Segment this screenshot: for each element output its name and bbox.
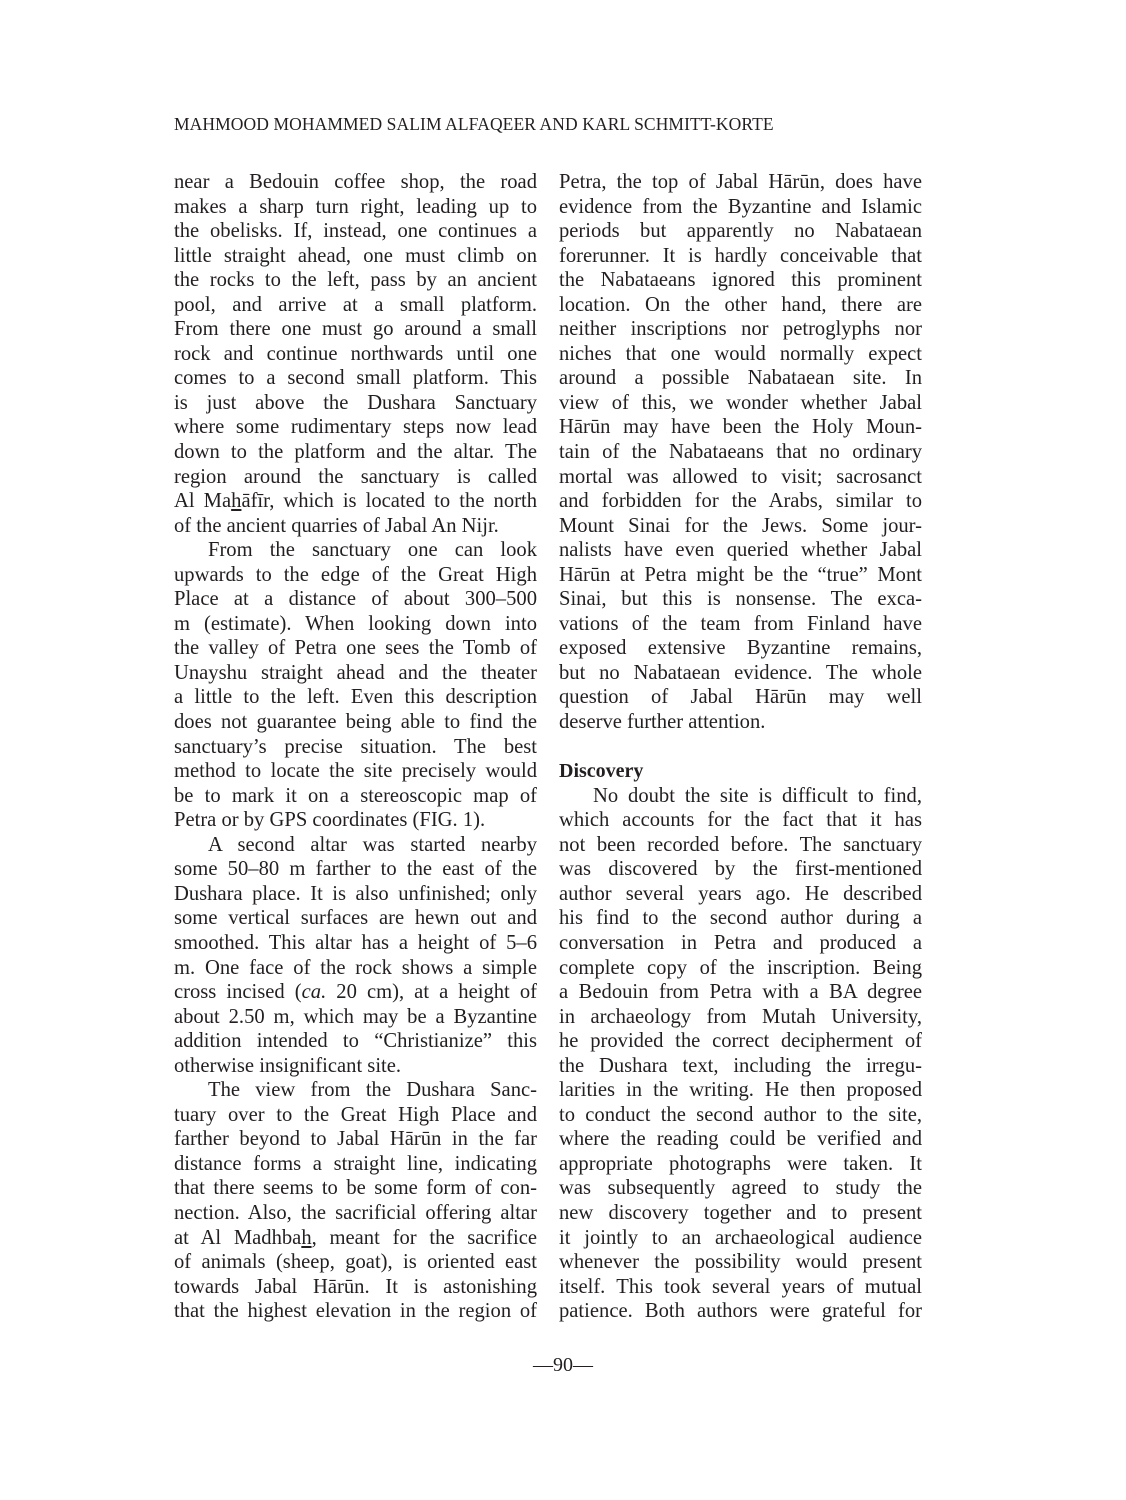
text-line: comes to a second small platform. This (174, 366, 537, 391)
text-line: farther beyond to Jabal Hārūn in the far (174, 1127, 537, 1152)
text-line: neither inscriptions nor petroglyphs nor (559, 317, 922, 342)
text-line: patience. Both authors were grateful for (559, 1299, 922, 1324)
text-line: Sinai, but this is nonsense. The exca- (559, 587, 922, 612)
text-line: m (estimate). When looking down into (174, 612, 537, 637)
text-line: author several years ago. He described (559, 882, 922, 907)
paragraph-start-line: The view from the Dushara Sanc- (174, 1078, 537, 1103)
text-line: rock and continue northwards until one (174, 342, 537, 367)
text-line: vations of the team from Finland have (559, 612, 922, 637)
text-line: Unayshu straight ahead and the theater (174, 661, 537, 686)
text-line-mahafir: Al Mahāfīr, which is located to the nort… (174, 489, 537, 514)
text-line: the valley of Petra one sees the Tomb of (174, 636, 537, 661)
text-line: view of this, we wonder whether Jabal (559, 391, 922, 416)
text-line: conversation in Petra and produced a (559, 931, 922, 956)
text-fragment: āfīr, which is located to the north (241, 490, 537, 512)
left-column: near a Bedouin coffee shop, the road mak… (174, 170, 537, 1324)
text-fragment: cross incised ( (174, 981, 302, 1003)
text-line-madhbah: at Al Madhbah, meant for the sacrifice (174, 1226, 537, 1251)
text-line: Petra, the top of Jabal Hārūn, does have (559, 170, 922, 195)
text-line: itself. This took several years of mutua… (559, 1275, 922, 1300)
text-line: of animals (sheep, goat), is oriented ea… (174, 1250, 537, 1275)
text-line: makes a sharp turn right, leading up to (174, 195, 537, 220)
text-line: complete copy of the inscription. Being (559, 956, 922, 981)
text-line: near a Bedouin coffee shop, the road (174, 170, 537, 195)
text-fragment: , meant for the sacrifice (312, 1227, 537, 1249)
text-line: to conduct the second author to the site… (559, 1103, 922, 1128)
running-head: MAHMOOD MOHAMMED SALIM ALFAQEER AND KARL… (174, 114, 834, 135)
text-line: appropriate photographs were taken. It (559, 1152, 922, 1177)
text-line: about 2.50 m, which may be a Byzantine (174, 1005, 537, 1030)
text-line: which accounts for the fact that it has (559, 808, 922, 833)
text-line: was subsequently agreed to study the (559, 1176, 922, 1201)
page-number: —90— (0, 1354, 1126, 1377)
text-line: that the highest elevation in the region… (174, 1299, 537, 1324)
text-line: where some rudimentary steps now lead (174, 415, 537, 440)
text-line: the Dushara text, including the irregu- (559, 1054, 922, 1079)
text-line: Hārūn at Petra might be the “true” Mont (559, 563, 922, 588)
text-line: distance forms a straight line, indicati… (174, 1152, 537, 1177)
right-column: Petra, the top of Jabal Hārūn, does have… (559, 170, 922, 1324)
text-line: that there seems to be some form of con- (174, 1176, 537, 1201)
text-line: does not guarantee being able to find th… (174, 710, 537, 735)
text-line: evidence from the Byzantine and Islamic (559, 195, 922, 220)
text-line: a little to the left. Even this descript… (174, 685, 537, 710)
text-line: little straight ahead, one must climb on (174, 244, 537, 269)
text-line: and forbidden for the Arabs, similar to (559, 489, 922, 514)
text-line: deserve further attention. (559, 710, 922, 735)
text-line: in archaeology from Mutah University, (559, 1005, 922, 1030)
text-line: sanctuary’s precise situation. The best (174, 735, 537, 760)
section-heading-discovery: Discovery (559, 759, 922, 784)
text-line: smoothed. This altar has a height of 5–6 (174, 931, 537, 956)
text-line: upwards to the edge of the Great High (174, 563, 537, 588)
paragraph-start-line: No doubt the site is difficult to find, (559, 784, 922, 809)
text-line: a Bedouin from Petra with a BA degree (559, 980, 922, 1005)
text-line: Mount Sinai for the Jews. Some jour- (559, 514, 922, 539)
text-line: down to the platform and the altar. The (174, 440, 537, 465)
underlined-letter: h (231, 490, 241, 512)
underlined-letter: h (301, 1227, 311, 1249)
text-line: is just above the Dushara Sanctuary (174, 391, 537, 416)
paragraph-start-line: A second altar was started nearby (174, 833, 537, 858)
text-line: niches that one would normally expect (559, 342, 922, 367)
text-line: some vertical surfaces are hewn out and (174, 906, 537, 931)
text-line: tuary over to the Great High Place and (174, 1103, 537, 1128)
text-line: was discovered by the first-mentioned (559, 857, 922, 882)
text-line: periods but apparently no Nabataean (559, 219, 922, 244)
text-line-ca: cross incised (ca. 20 cm), at a height o… (174, 980, 537, 1005)
text-line: his find to the second author during a (559, 906, 922, 931)
text-line: From there one must go around a small (174, 317, 537, 342)
text-fragment: 20 cm), at a height of (326, 981, 537, 1003)
text-line: of the ancient quarries of Jabal An Nijr… (174, 514, 537, 539)
text-line: larities in the writing. He then propose… (559, 1078, 922, 1103)
text-line: be to mark it on a stereoscopic map of (174, 784, 537, 809)
text-line: m. One face of the rock shows a simple (174, 956, 537, 981)
text-line: the rocks to the left, pass by an ancien… (174, 268, 537, 293)
text-line: forerunner. It is hardly conceivable tha… (559, 244, 922, 269)
text-fragment: at Al Madhba (174, 1227, 301, 1249)
text-line: Hārūn may have been the Holy Moun- (559, 415, 922, 440)
text-line: tain of the Nabataeans that no ordinary (559, 440, 922, 465)
text-line: otherwise insignificant site. (174, 1054, 537, 1079)
text-line: he provided the correct decipherment of (559, 1029, 922, 1054)
text-line: the obelisks. If, instead, one continues… (174, 219, 537, 244)
text-line: whenever the possibility would present (559, 1250, 922, 1275)
text-line: nalists have even queried whether Jabal (559, 538, 922, 563)
text-line: region around the sanctuary is called (174, 465, 537, 490)
text-line: not been recorded before. The sanctuary (559, 833, 922, 858)
paragraph-start-line: From the sanctuary one can look (174, 538, 537, 563)
text-line: addition intended to “Christianize” this (174, 1029, 537, 1054)
text-line: method to locate the site precisely woul… (174, 759, 537, 784)
text-line: around a possible Nabataean site. In (559, 366, 922, 391)
text-line: it jointly to an archaeological audience (559, 1226, 922, 1251)
text-line: Place at a distance of about 300–500 (174, 587, 537, 612)
text-line: towards Jabal Hārūn. It is astonishing (174, 1275, 537, 1300)
text-line: new discovery together and to present (559, 1201, 922, 1226)
text-line: Petra or by GPS coordinates (FIG. 1). (174, 808, 537, 833)
text-line: mortal was allowed to visit; sacrosanct (559, 465, 922, 490)
text-line: where the reading could be verified and (559, 1127, 922, 1152)
text-line: some 50–80 m farther to the east of the (174, 857, 537, 882)
italic-abbreviation: ca. (302, 981, 327, 1003)
text-line: Dushara place. It is also unfinished; on… (174, 882, 537, 907)
text-line: location. On the other hand, there are (559, 293, 922, 318)
text-line: pool, and arrive at a small platform. (174, 293, 537, 318)
text-line: nection. Also, the sacrificial offering … (174, 1201, 537, 1226)
text-fragment: Al Ma (174, 490, 231, 512)
text-line: question of Jabal Hārūn may well (559, 685, 922, 710)
text-line: but no Nabataean evidence. The whole (559, 661, 922, 686)
text-line: exposed extensive Byzantine remains, (559, 636, 922, 661)
text-line: the Nabataeans ignored this prominent (559, 268, 922, 293)
